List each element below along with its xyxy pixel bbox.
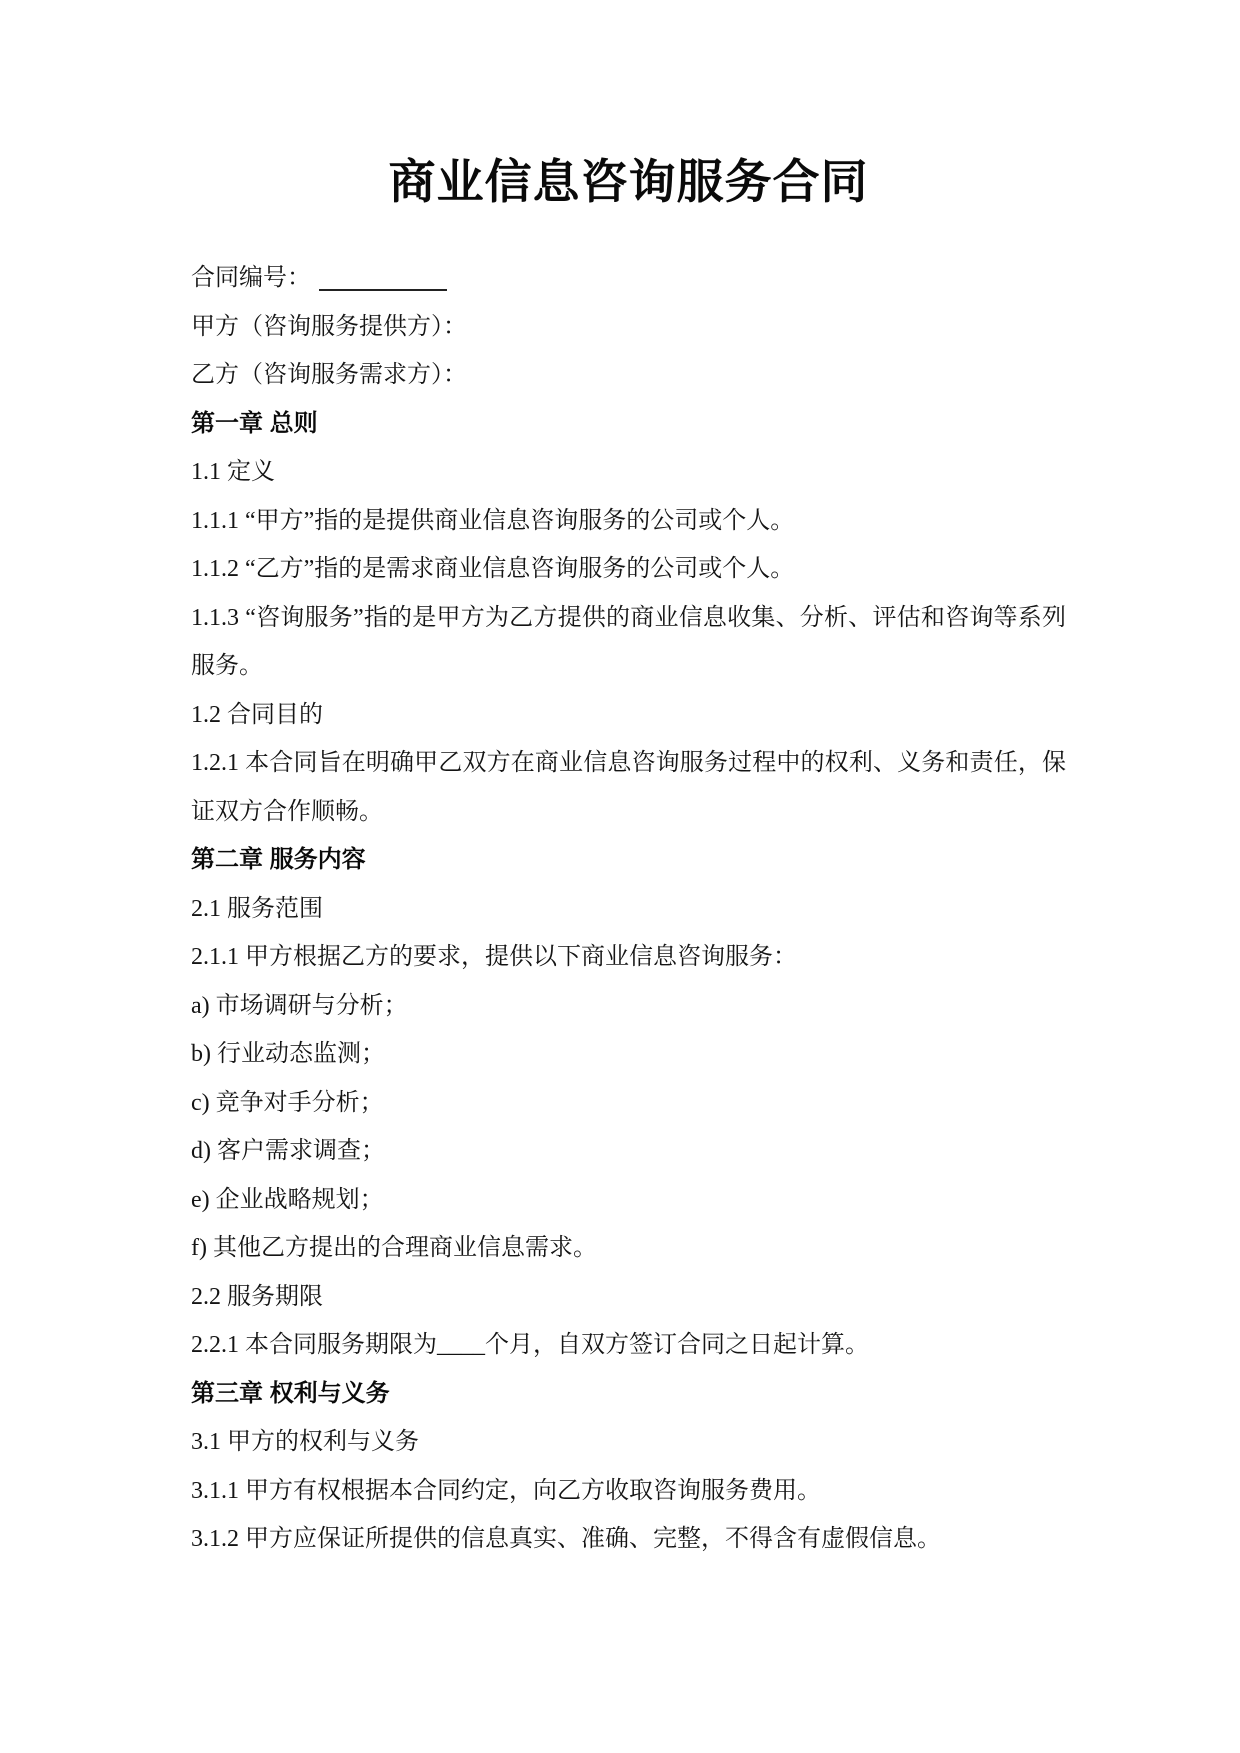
clause-1-1-2: 1.1.2 “乙方”指的是需求商业信息咨询服务的公司或个人。: [191, 545, 1066, 594]
clause-1-2-1: 1.2.1 本合同旨在明确甲乙双方在商业信息咨询服务过程中的权利、义务和责任，保…: [191, 739, 1066, 836]
clause-1-1-1: 1.1.1 “甲方”指的是提供商业信息咨询服务的公司或个人。: [191, 497, 1066, 546]
document-title: 商业信息咨询服务合同: [191, 158, 1066, 208]
clause-3-1: 3.1 甲方的权利与义务: [191, 1418, 1066, 1467]
contract-number-label: 合同编号：: [191, 265, 311, 291]
clause-3-1-1: 3.1.1 甲方有权根据本合同约定，向乙方收取咨询服务费用。: [191, 1467, 1066, 1516]
clause-2-2: 2.2 服务期限: [191, 1273, 1066, 1322]
contract-number-blank: [319, 289, 447, 291]
clause-2-1: 2.1 服务范围: [191, 885, 1066, 934]
contract-document-page: 商业信息咨询服务合同 合同编号： 甲方（咨询服务提供方）： 乙方（咨询服务需求方…: [0, 0, 1240, 1753]
clause-2-1-1: 2.1.1 甲方根据乙方的要求，提供以下商业信息咨询服务：: [191, 933, 1066, 982]
list-item-f: f) 其他乙方提出的合理商业信息需求。: [191, 1224, 1066, 1273]
contract-number-line: 合同编号：: [191, 254, 1066, 303]
list-item-c: c) 竞争对手分析；: [191, 1079, 1066, 1128]
party-b-line: 乙方（咨询服务需求方）：: [191, 351, 1066, 400]
clause-1-1-3: 1.1.3 “咨询服务”指的是甲方为乙方提供的商业信息收集、分析、评估和咨询等系…: [191, 594, 1066, 691]
clause-3-1-2: 3.1.2 甲方应保证所提供的信息真实、准确、完整，不得含有虚假信息。: [191, 1515, 1066, 1564]
list-item-e: e) 企业战略规划；: [191, 1176, 1066, 1225]
list-item-d: d) 客户需求调查；: [191, 1127, 1066, 1176]
chapter-1-heading: 第一章 总则: [191, 400, 1066, 449]
chapter-2-heading: 第二章 服务内容: [191, 836, 1066, 885]
chapter-3-heading: 第三章 权利与义务: [191, 1370, 1066, 1419]
list-item-b: b) 行业动态监测；: [191, 1030, 1066, 1079]
clause-1-2: 1.2 合同目的: [191, 691, 1066, 740]
clause-1-1: 1.1 定义: [191, 448, 1066, 497]
list-item-a: a) 市场调研与分析；: [191, 982, 1066, 1031]
clause-2-2-1: 2.2.1 本合同服务期限为____个月，自双方签订合同之日起计算。: [191, 1321, 1066, 1370]
party-a-line: 甲方（咨询服务提供方）：: [191, 303, 1066, 352]
